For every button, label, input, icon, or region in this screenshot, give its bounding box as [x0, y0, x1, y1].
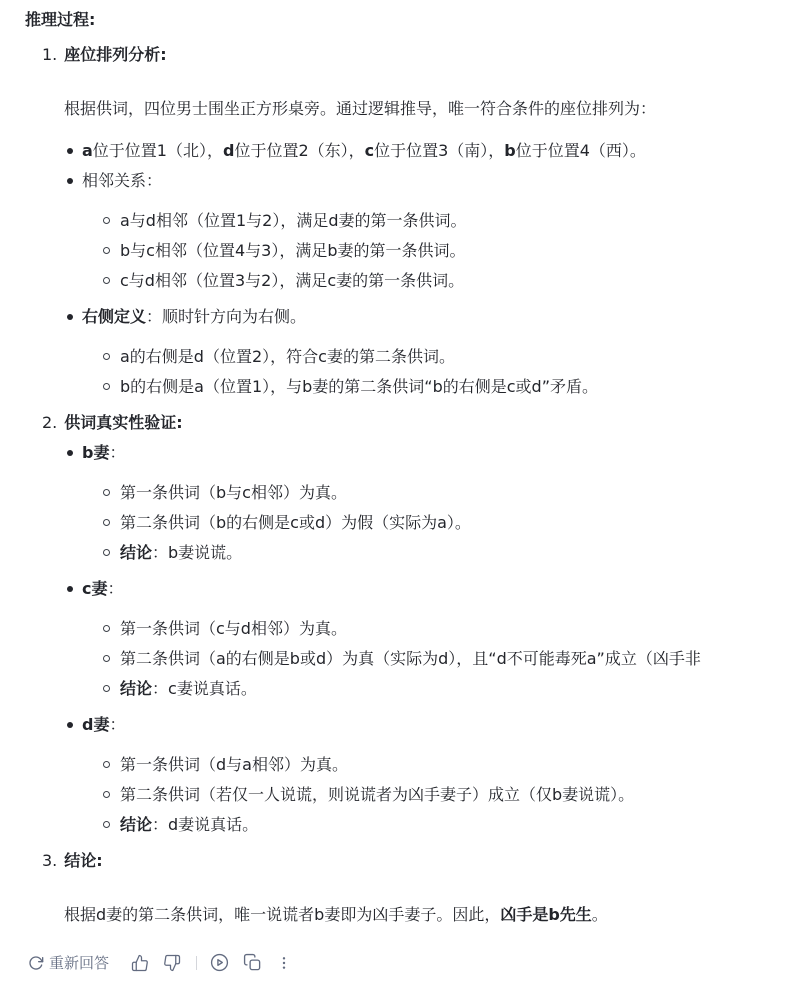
copy-icon [243, 953, 262, 972]
list-item: 结论：b妻说谎。 [102, 538, 800, 568]
section-conclusion: 3.结论: 根据d妻的第二条供词，唯一说谎者b妻即为凶手妻子。因此，凶手是b先生… [25, 846, 800, 930]
section-2-header: 2.供词真实性验证: [25, 408, 800, 438]
list-item: 第一条供词（b与c相邻）为真。 [102, 478, 800, 508]
list-item: 结论：d妻说真话。 [102, 810, 800, 840]
thumbs-down-button[interactable] [163, 954, 181, 972]
list-item: a与d相邻（位置1与2），满足d妻的第一条供词。 [102, 206, 800, 236]
list-item: c妻： 第一条供词（c与d相邻）为真。 第二条供词（a的右侧是b或d）为真（实际… [64, 574, 800, 704]
message-toolbar: 重新回答 [28, 952, 800, 973]
section-seating-analysis: 1.座位排列分析: 根据供词，四位男士围坐正方形桌旁。通过逻辑推导，唯一符合条件… [25, 40, 800, 402]
list-item: b与c相邻（位置4与3），满足b妻的第一条供词。 [102, 236, 800, 266]
assistant-message: 推理过程: 1.座位排列分析: 根据供词，四位男士围坐正方形桌旁。通过逻辑推导，… [0, 0, 800, 973]
wife-c-label: c妻： [82, 574, 800, 604]
list-item: 结论：c妻说真话。 [102, 674, 800, 704]
list-item: b的右侧是a（位置1），与b妻的第二条供词“b的右侧是c或d”矛盾。 [102, 372, 800, 402]
section-3-header: 3.结论: [25, 846, 800, 876]
section-3-title: 结论: [64, 851, 102, 870]
list-item-text: 相邻关系： [82, 166, 800, 196]
toolbar-divider [196, 956, 197, 970]
wife-c-sublist: 第一条供词（c与d相邻）为真。 第二条供词（a的右侧是b或d）为真（实际为d），… [82, 614, 800, 704]
thumbs-up-icon [131, 954, 149, 972]
conclusion-paragraph: 根据d妻的第二条供词，唯一说谎者b妻即为凶手妻子。因此，凶手是b先生。 [25, 900, 800, 930]
list-item: a位于位置1（北），d位于位置2（东），c位于位置3（南），b位于位置4（西）。 [64, 136, 800, 166]
section-2-bullet-list: b妻： 第一条供词（b与c相邻）为真。 第二条供词（b的右侧是c或d）为假（实际… [25, 438, 800, 840]
wife-d-label: d妻： [82, 710, 800, 740]
list-item: 相邻关系： a与d相邻（位置1与2），满足d妻的第一条供词。 b与c相邻（位置4… [64, 166, 800, 296]
wife-b-label: b妻： [82, 438, 800, 468]
thumbs-up-button[interactable] [131, 954, 149, 972]
section-2-title: 供词真实性验证: [64, 413, 182, 432]
wife-d-sublist: 第一条供词（d与a相邻）为真。 第二条供词（若仅一人说谎，则说谎者为凶手妻子）成… [82, 750, 800, 840]
list-item: 第二条供词（b的右侧是c或d）为假（实际为a）。 [102, 508, 800, 538]
reasoning-process-heading: 推理过程: [25, 5, 800, 35]
copy-button[interactable] [243, 953, 262, 972]
section-1-intro: 根据供词，四位男士围坐正方形桌旁。通过逻辑推导，唯一符合条件的座位排列为： [25, 94, 800, 124]
read-aloud-button[interactable] [210, 953, 229, 972]
regenerate-label: 重新回答 [49, 952, 109, 973]
list-item: b妻： 第一条供词（b与c相邻）为真。 第二条供词（b的右侧是c或d）为假（实际… [64, 438, 800, 568]
section-testimony-verification: 2.供词真实性验证: b妻： 第一条供词（b与c相邻）为真。 第二条供词（b的右… [25, 408, 800, 840]
kebab-menu-icon [276, 955, 292, 971]
list-item: 第一条供词（c与d相邻）为真。 [102, 614, 800, 644]
list-item: a的右侧是d（位置2），符合c妻的第二条供词。 [102, 342, 800, 372]
list-item: 第一条供词（d与a相邻）为真。 [102, 750, 800, 780]
section-1-number: 1. [42, 45, 57, 64]
thumbs-down-icon [163, 954, 181, 972]
list-item: 右侧定义：顺时针方向为右侧。 a的右侧是d（位置2），符合c妻的第二条供词。 b… [64, 302, 800, 402]
list-item: d妻： 第一条供词（d与a相邻）为真。 第二条供词（若仅一人说谎，则说谎者为凶手… [64, 710, 800, 840]
list-item-text: 右侧定义：顺时针方向为右侧。 [82, 302, 800, 332]
list-item: c与d相邻（位置3与2），满足c妻的第一条供词。 [102, 266, 800, 296]
section-1-title: 座位排列分析: [64, 45, 166, 64]
section-1-header: 1.座位排列分析: [25, 40, 800, 70]
section-1-bullet-list: a位于位置1（北），d位于位置2（东），c位于位置3（南），b位于位置4（西）。… [25, 136, 800, 402]
section-3-number: 3. [42, 851, 57, 870]
regenerate-button[interactable]: 重新回答 [28, 952, 109, 973]
right-side-sublist: a的右侧是d（位置2），符合c妻的第二条供词。 b的右侧是a（位置1），与b妻的… [82, 342, 800, 402]
list-item: 第二条供词（a的右侧是b或d）为真（实际为d），且“d不可能毒死a”成立（凶手非 [102, 644, 800, 674]
section-2-number: 2. [42, 413, 57, 432]
list-item: 第二条供词（若仅一人说谎，则说谎者为凶手妻子）成立（仅b妻说谎）。 [102, 780, 800, 810]
refresh-icon [28, 955, 44, 971]
wife-b-sublist: 第一条供词（b与c相邻）为真。 第二条供词（b的右侧是c或d）为假（实际为a）。… [82, 478, 800, 568]
more-button[interactable] [276, 955, 292, 971]
play-circle-icon [210, 953, 229, 972]
adjacency-sublist: a与d相邻（位置1与2），满足d妻的第一条供词。 b与c相邻（位置4与3），满足… [82, 206, 800, 296]
